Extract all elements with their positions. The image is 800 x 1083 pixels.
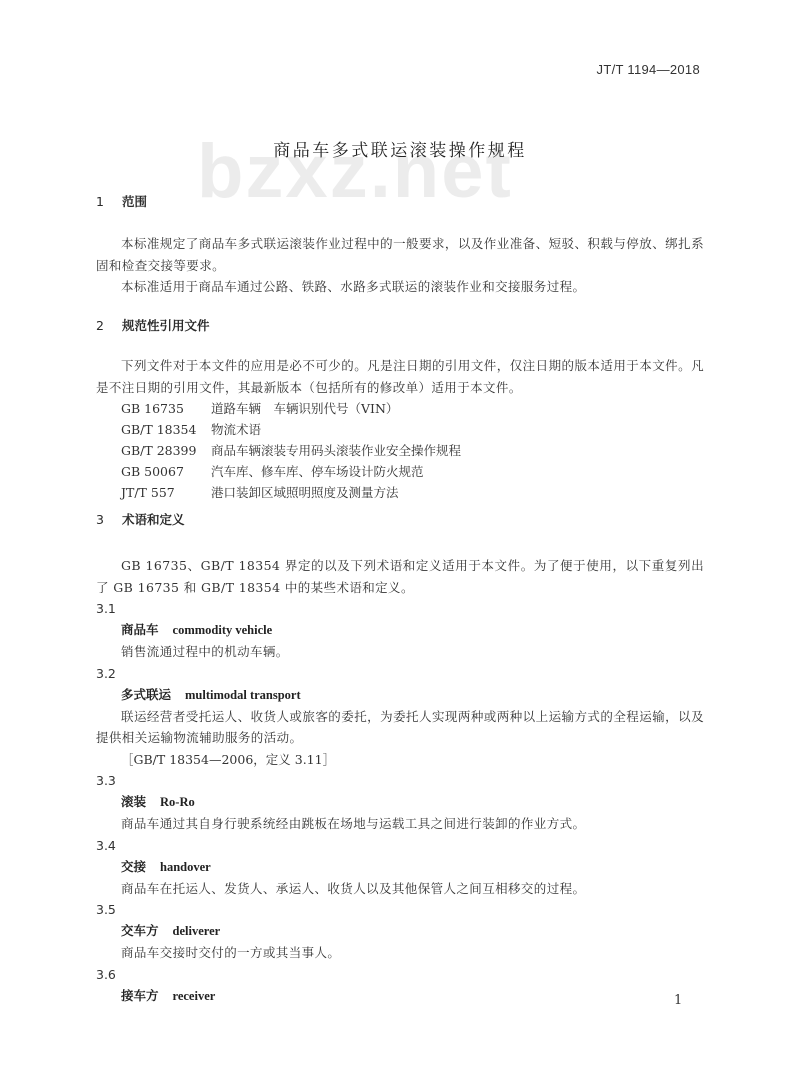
section-title: 术语和定义 (122, 512, 185, 527)
term-zh: 多式联运 (121, 687, 171, 702)
section-heading: 2规范性引用文件 (96, 316, 704, 336)
reference-title: 汽车库、修车库、停车场设计防火规范 (211, 461, 424, 482)
section-title: 范围 (122, 194, 147, 209)
reference-item: JT/T 557 港口装卸区域照明照度及测量方法 (96, 482, 704, 503)
term-zh: 交车方 (121, 923, 159, 938)
term-heading: 交车方deliverer (96, 920, 704, 942)
section-3: 3术语和定义 (96, 510, 704, 530)
section-heading: 1范围 (96, 192, 704, 212)
term-source: ［GB/T 18354—2006，定义 3.11］ (96, 749, 704, 771)
paragraph: 本标准适用于商品车通过公路、铁路、水路多式联运的滚装作业和交接服务过程。 (96, 276, 704, 298)
reference-title: 道路车辆 车辆识别代号（VIN） (211, 398, 398, 419)
standard-code: JT/T 1194—2018 (597, 62, 700, 77)
reference-item: GB 50067 汽车库、修车库、停车场设计防火规范 (96, 461, 704, 482)
section-heading: 3术语和定义 (96, 510, 704, 530)
section-title: 规范性引用文件 (122, 318, 210, 333)
term-zh: 接车方 (121, 988, 159, 1003)
term-heading: 接车方receiver (96, 985, 704, 1007)
term-definition: 销售流通过程中的机动车辆。 (96, 641, 704, 663)
section-number: 2 (96, 316, 122, 336)
reference-code: GB/T 28399 (121, 440, 211, 461)
term-number: 3.4 (96, 835, 704, 856)
section-1-body: 本标准规定了商品车多式联运滚装作业过程中的一般要求，以及作业准备、短驳、积载与停… (96, 233, 704, 298)
reference-code: GB/T 18354 (121, 419, 211, 440)
paragraph: 本标准规定了商品车多式联运滚装作业过程中的一般要求，以及作业准备、短驳、积载与停… (96, 233, 704, 276)
reference-item: GB/T 18354 物流术语 (96, 419, 704, 440)
section-number: 3 (96, 510, 122, 530)
term-definition: 商品车通过其自身行驶系统经由跳板在场地与运载工具之间进行装卸的作业方式。 (96, 813, 704, 835)
term-number: 3.3 (96, 770, 704, 791)
section-3-body: GB 16735、GB/T 18354 界定的以及下列术语和定义适用于本文件。为… (96, 555, 704, 1007)
term-zh: 滚装 (121, 794, 146, 809)
reference-item: GB 16735 道路车辆 车辆识别代号（VIN） (96, 398, 704, 419)
term-heading: 商品车commodity vehicle (96, 619, 704, 641)
reference-item: GB/T 28399 商品车辆滚装专用码头滚装作业安全操作规程 (96, 440, 704, 461)
paragraph: 下列文件对于本文件的应用是必不可少的。凡是注日期的引用文件，仅注日期的版本适用于… (96, 355, 704, 398)
term-heading: 多式联运multimodal transport (96, 684, 704, 706)
term-number: 3.2 (96, 663, 704, 684)
paragraph: GB 16735、GB/T 18354 界定的以及下列术语和定义适用于本文件。为… (96, 555, 704, 598)
section-2-body: 下列文件对于本文件的应用是必不可少的。凡是注日期的引用文件，仅注日期的版本适用于… (96, 355, 704, 503)
reference-code: GB 16735 (121, 398, 211, 419)
term-heading: 滚装Ro-Ro (96, 791, 704, 813)
term-number: 3.1 (96, 598, 704, 619)
term-zh: 交接 (121, 859, 146, 874)
section-2: 2规范性引用文件 (96, 316, 704, 336)
section-1: 1范围 (96, 192, 704, 212)
reference-title: 商品车辆滚装专用码头滚装作业安全操作规程 (211, 440, 461, 461)
term-heading: 交接handover (96, 856, 704, 878)
term-definition: 商品车在托运人、发货人、承运人、收货人以及其他保管人之间互相移交的过程。 (96, 878, 704, 900)
term-number: 3.5 (96, 899, 704, 920)
term-definition: 商品车交接时交付的一方或其当事人。 (96, 942, 704, 964)
term-en: multimodal transport (185, 688, 301, 702)
term-en: commodity vehicle (173, 623, 273, 637)
reference-code: GB 50067 (121, 461, 211, 482)
term-number: 3.6 (96, 964, 704, 985)
term-zh: 商品车 (121, 622, 159, 637)
reference-title: 物流术语 (211, 419, 261, 440)
section-number: 1 (96, 192, 122, 212)
reference-code: JT/T 557 (121, 482, 211, 503)
term-en: receiver (173, 989, 216, 1003)
reference-title: 港口装卸区域照明照度及测量方法 (211, 482, 399, 503)
term-en: handover (160, 860, 211, 874)
document-title: 商品车多式联运滚装操作规程 (0, 136, 800, 161)
term-en: Ro-Ro (160, 795, 195, 809)
term-definition: 联运经营者受托运人、收货人或旅客的委托，为委托人实现两种或两种以上运输方式的全程… (96, 706, 704, 749)
term-en: deliverer (173, 924, 221, 938)
